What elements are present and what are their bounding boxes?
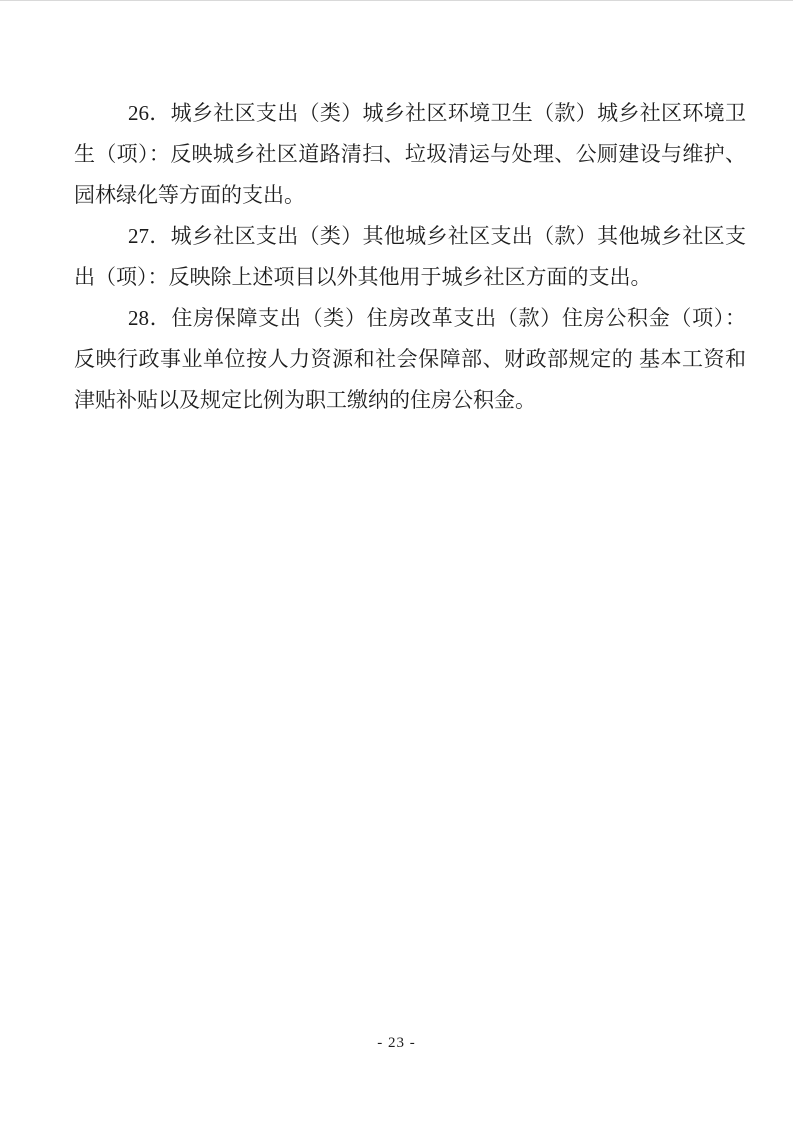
document-page: 26．城乡社区支出（类）城乡社区环境卫生（款）城乡社区环境卫生（项）：反映城乡社… [0,0,793,1122]
paragraph-item-28: 28．住房保障支出（类）住房改革支出（款）住房公积金（项）：反映行政事业单位按人… [74,298,746,421]
paragraph-item-27: 27．城乡社区支出（类）其他城乡社区支出（款）其他城乡社区支出（项）：反映除上述… [74,216,746,298]
page-number: - 23 - [377,1035,416,1051]
document-body: 26．城乡社区支出（类）城乡社区环境卫生（款）城乡社区环境卫生（项）：反映城乡社… [74,93,746,421]
paragraph-item-26: 26．城乡社区支出（类）城乡社区环境卫生（款）城乡社区环境卫生（项）：反映城乡社… [74,93,746,216]
page-footer: - 23 - [0,1034,793,1052]
